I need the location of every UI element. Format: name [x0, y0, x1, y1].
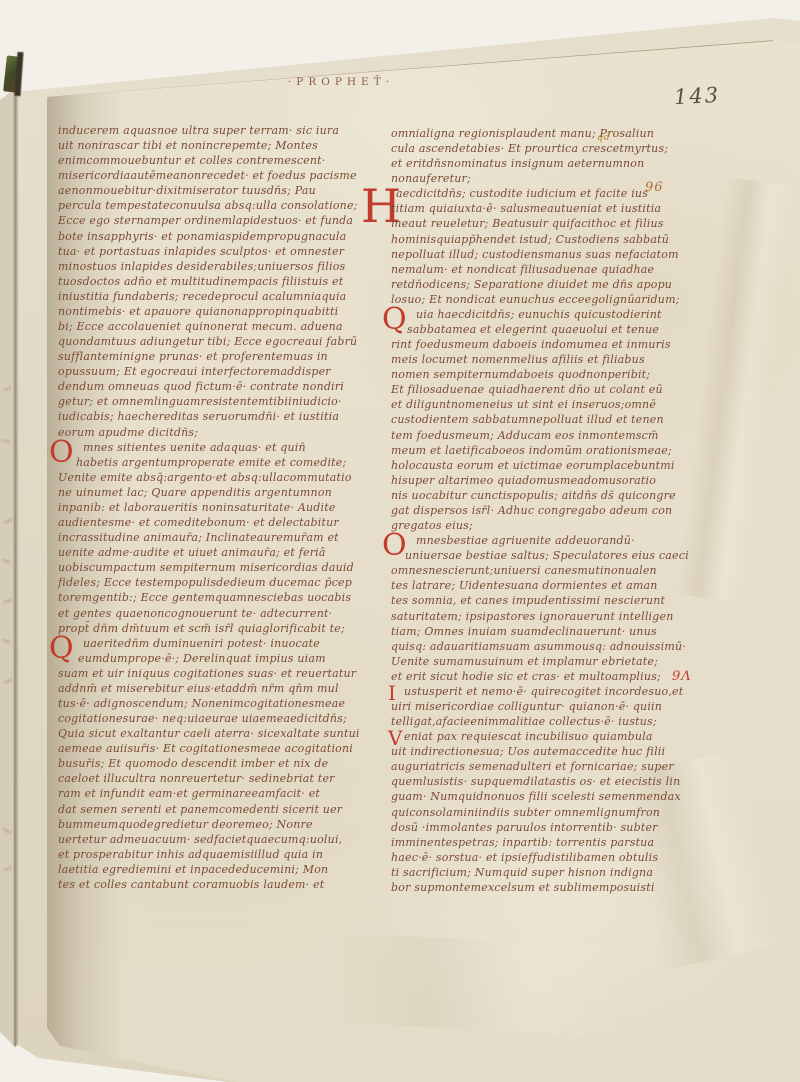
text-line: tua· et portastuas inlapides sculptos· e…	[58, 245, 380, 260]
text-line: quiconsolaminiindiis subter omnemlignumf…	[391, 806, 713, 821]
text-line: nomen sempiternumdaboeis quodnonperibit;	[391, 368, 713, 383]
text-line: uenite adme·audite et uiuet animaur̄a; e…	[58, 546, 380, 561]
text-line: nonauferetur;	[391, 172, 713, 187]
text-column-left: inducerem aquasnoe ultra super terram· s…	[58, 124, 380, 893]
text-line: bor supmontemexcelsum et sublimemposuist…	[391, 881, 713, 896]
text-line: tuosdoctos adn̄o et multitudinempacis fi…	[58, 275, 380, 290]
text-line: inpanib: et laboraueritis noninsaturitat…	[58, 501, 380, 516]
text-line: Et filiosaduenae quiadhaerent dn̄o ut co…	[391, 383, 713, 398]
text-line: telligat,afacieenimmalitiae collectus·ē·…	[391, 715, 713, 730]
text-line: audientesme· et comeditebonum· et delect…	[58, 516, 380, 531]
text-line: cogitationesurae· neq:uiaeurae uiaemeaed…	[58, 712, 380, 727]
text-line: tes somnia, et canes impudentissimi nesc…	[391, 594, 713, 609]
text-line: Omnesbestiae agriuenite addeuorandū·	[391, 534, 713, 549]
running-title: ·PROPHET̄·	[276, 76, 406, 88]
text-line: dendum omneuas quod fictum·ē· contrate n…	[58, 380, 380, 395]
text-line: rint foedusmeum daboeis indomumea et inm…	[391, 338, 713, 353]
text-line: et erit sicut hodie sic et cras· et mult…	[391, 670, 713, 685]
text-line: uit nonirascar tibi et nonincrepemte; Mo…	[58, 139, 380, 154]
parchment-wrinkle	[328, 932, 632, 1038]
page-top-edge	[47, 40, 773, 97]
text-line: Omnes sitientes uenite adaquas· et quin̄	[58, 441, 380, 456]
text-line: uobiscumpactum sempiternum misericordias…	[58, 561, 380, 576]
folio-number-ink: 143	[673, 83, 720, 109]
text-line: et eritdn̄snominatus insignum aeternumno…	[391, 157, 713, 172]
text-line: iudicabis; haechereditas seruorumdn̄i· e…	[58, 410, 380, 425]
text-line: uniuersae bestiae saltus; Speculatores e…	[391, 549, 713, 564]
text-line: eorum apudme dicitdn̄s;	[58, 426, 380, 441]
text-line: meis locumet nomenmelius afiliis et fili…	[391, 353, 713, 368]
text-line: quondamtuus adiungetur tibi; Ecce egocre…	[58, 335, 380, 350]
text-line: uit indirectionesua; Uos autemaccedite h…	[391, 745, 713, 760]
text-line: suam et uir iniquus cogitationes suas· e…	[58, 667, 380, 682]
manuscript-page: ·PROPHET̄· 143 143 inducerem aquasnoe ul…	[0, 0, 800, 1082]
text-line: gregatos eius;	[391, 519, 713, 534]
text-line: opussuum; Et egocreaui interfectoremaddi…	[58, 365, 380, 380]
text-line: aemeae auiisur̄is· Et cogitationesmeae a…	[58, 742, 380, 757]
text-line: laetitia egrediemini et inpacededucemini…	[58, 863, 380, 878]
text-line: tem foedusmeum; Adducam eos inmontemscm̄	[391, 429, 713, 444]
binding-gutter	[14, 88, 18, 1046]
text-line: ne uinumet lac; Quare appenditis argentu…	[58, 486, 380, 501]
text-line: Haecdicitdn̄s; custodite iudicium et fac…	[391, 187, 713, 202]
text-line: nis uocabitur cunctispopulis; aitdn̄s ds…	[391, 489, 713, 504]
text-line: Ecce ego sternamper ordinemlapidestuos· …	[58, 214, 380, 229]
text-line: et prosperabitur inhis adquaemisiillud q…	[58, 848, 380, 863]
text-line: eumdumprope·ē·; Derelinquat impius uiam	[58, 652, 380, 667]
text-line: hominisquiapp̄hendet istud; Custodiens s…	[391, 233, 713, 248]
text-line: bummeumquodegredietur deoremeo; Nonre	[58, 818, 380, 833]
text-line: uertetur admeuacuum· sedfacietquaecumq:u…	[58, 833, 380, 848]
text-line: sabbatamea et elegerint quaeuolui et ten…	[391, 323, 713, 338]
text-line: tes latrare; Uidentesuana dormientes et …	[391, 579, 713, 594]
text-line: ram et infundit eam·et germinareeamfacit…	[58, 787, 380, 802]
text-line: custodientem sabbatumnepolluat illud et …	[391, 413, 713, 428]
text-line: incrassitudine animaur̄a; Inclinateaurem…	[58, 531, 380, 546]
text-line: caeloet illucultra nonreuertetur· sedine…	[58, 772, 380, 787]
text-line: ti sacrificium; Numquid super hisnon ind…	[391, 866, 713, 881]
text-line: Quaeritedn̄m duminueniri potest· inuocat…	[58, 637, 380, 652]
text-line: meaut reueletur; Beatusuir quifacithoc e…	[391, 217, 713, 232]
text-line: propt̄ dn̄m dm̄tuum et scm̄ isr̄l quiagl…	[58, 622, 380, 637]
text-line: omnialigna regionisplaudent manu; Prosal…	[391, 127, 713, 142]
text-line: tiam; Omnes inuiam suamdeclinauerunt· un…	[391, 625, 713, 640]
text-line: uiri misericordiae colliguntur· quianon·…	[391, 700, 713, 715]
text-line: hisuper altarimeo quiadomusmeadomusorati…	[391, 474, 713, 489]
text-line: gat dispersos isr̄l· Adhuc congregabo ad…	[391, 504, 713, 519]
text-line: iniustitia fundaberis; recedeprocul acal…	[58, 290, 380, 305]
text-line: dosū ·immolantes paruulos intorrentib· s…	[391, 821, 713, 836]
text-line: habetis argentumproperate emite et comed…	[58, 456, 380, 471]
text-line: dat semen serenti et panemcomedenti sice…	[58, 803, 380, 818]
text-line: getur; et omnemlinguamresistentemtibiini…	[58, 395, 380, 410]
text-line: haec·ē· sorstua· et ipsieffudistilibamen…	[391, 851, 713, 866]
text-line: titiam quiaiuxta·ē· salusmeautueniat et …	[391, 202, 713, 217]
text-line: addnm̄ et miserebitur eius·etaddm̄ nr̄m …	[58, 682, 380, 697]
margin-chapter-mark-upper: 96	[645, 180, 664, 195]
text-line: toremgentib:; Ecce gentemquamnesciebas u…	[58, 591, 380, 606]
text-line: meum et laetificaboeos indomūm orationis…	[391, 444, 713, 459]
text-line: auguriatricis semenadulteri et fornicari…	[391, 760, 713, 775]
text-line: nontimebis· et apauore quianonappropinqu…	[58, 305, 380, 320]
text-line: nepolluat illud; custodiensmanus suas ne…	[391, 248, 713, 263]
text-line: misericordiaautēmeanonrecedet· et foedus…	[58, 169, 380, 184]
text-line: sufflanteminigne prunas· et proferentemu…	[58, 350, 380, 365]
text-line: minostuos inlapides desiderabiles;uniuer…	[58, 260, 380, 275]
text-line: Veniat pax requiescat incubilisuo quiamb…	[391, 730, 713, 745]
text-line: cula ascendetabies· Et prourtica crescet…	[391, 142, 713, 157]
text-line: et diliguntnomeneius ut sint ei inseruos…	[391, 398, 713, 413]
text-column-right: omnialigna regionisplaudent manu; Prosal…	[391, 127, 713, 896]
text-line: tus·ē· adignoscendum; Nonenimcogitatione…	[58, 697, 380, 712]
text-line: bi; Ecce accolaueniet quinonerat mecum. …	[58, 320, 380, 335]
interlinear-correction: qd̄	[597, 133, 611, 143]
text-line: holocausta eorum et uictimae eorumplaceb…	[391, 459, 713, 474]
text-line: tes et colles cantabunt coramuobis laude…	[58, 878, 380, 893]
text-line: busur̄is; Et quomodo descendit imber et …	[58, 757, 380, 772]
text-line: Uenite emite absq̄:argento·et absq:ullac…	[58, 471, 380, 486]
text-line: Quia sicut exaltantur caeli aterra· sice…	[58, 727, 380, 742]
text-line: losuo; Et nondicat eunuchus ecceegolignū…	[391, 293, 713, 308]
text-line: enimcommouebuntur et colles contremescen…	[58, 154, 380, 169]
text-line: Quia haecdicitdn̄s; eunuchis quicustodie…	[391, 308, 713, 323]
text-line: omnesnescierunt;uniuersi canesmutinonual…	[391, 564, 713, 579]
text-line: bote insapphyris· et ponamiaspidempropug…	[58, 230, 380, 245]
text-line: inducerem aquasnoe ultra super terram· s…	[58, 124, 380, 139]
text-line: guam· Numquidnonuos filii scelesti semen…	[391, 790, 713, 805]
text-line: Uenite sumamusuinum et implamur ebrietat…	[391, 655, 713, 670]
text-line: Iustusperit et nemo·ē· quirecogitet inco…	[391, 685, 713, 700]
text-line: saturitatem; ipsipastores ignorauerunt i…	[391, 610, 713, 625]
text-line: percula tempestateconuulsa absq:ulla con…	[58, 199, 380, 214]
text-line: et gentes quaenoncognouerunt te· adtecur…	[58, 607, 380, 622]
text-line: retdn̄odicens; Separatione diuidet me dn…	[391, 278, 713, 293]
text-line: aenonmouebitur·dixitmiserator tuusdn̄s; …	[58, 184, 380, 199]
text-line: fideles; Ecce testempopulisdedieum ducem…	[58, 576, 380, 591]
text-line: imminentespetras; inpartib: torrentis pa…	[391, 836, 713, 851]
text-line: quisq: adauaritiamsuam asummousq: adnoui…	[391, 640, 713, 655]
text-line: nemalum· et nondicat filiusaduenae quiad…	[391, 263, 713, 278]
text-line: quemlusistis· supquemdilatastis os· et e…	[391, 775, 713, 790]
margin-chapter-mark-lower: 9Λ	[672, 669, 692, 684]
